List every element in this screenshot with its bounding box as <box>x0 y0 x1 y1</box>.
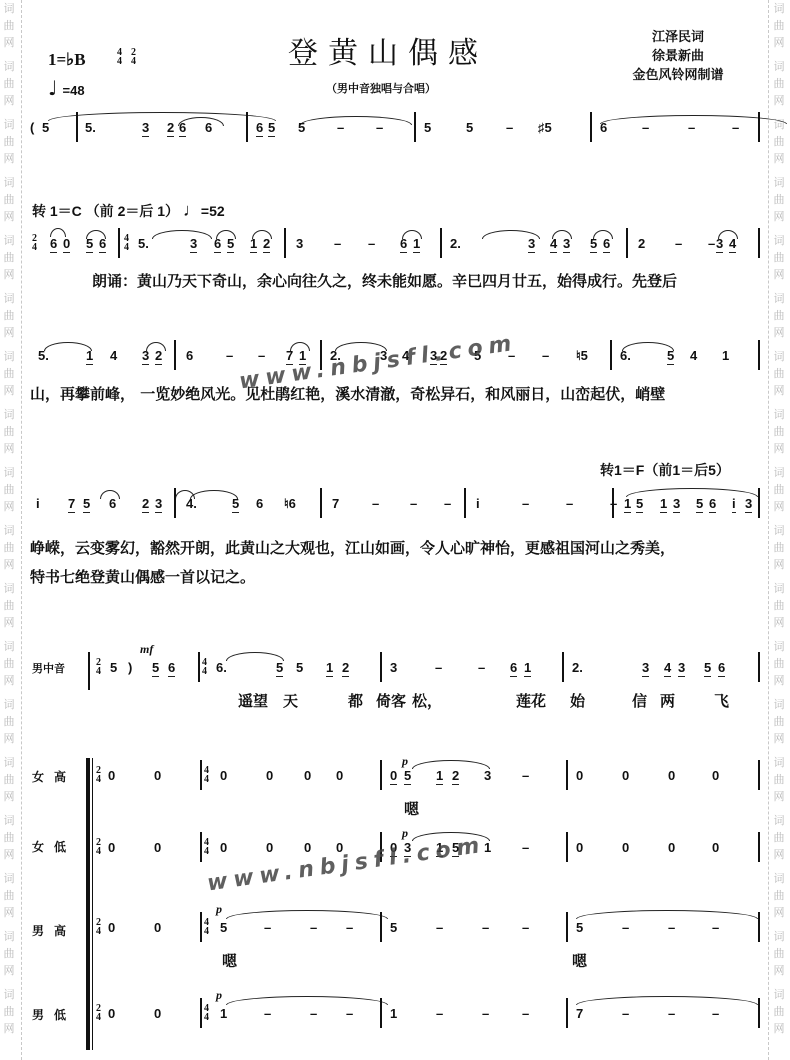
note: 6 <box>179 120 186 137</box>
barline <box>246 112 248 142</box>
time-signature-2-4: 24 <box>96 658 101 676</box>
side-watermark-char: 曲 <box>2 829 16 846</box>
note: – <box>522 840 529 855</box>
note: 2 <box>167 120 174 137</box>
side-watermark-group: 词曲网 <box>772 754 786 805</box>
side-watermark-char: 词 <box>772 174 786 191</box>
staff-baritone: 24 5 ) mf 5 6 44 6. 5 5 1 2 3 – – 6 1 2.… <box>90 652 760 682</box>
note: 0 <box>712 768 719 783</box>
barline <box>464 488 466 518</box>
note: 7 <box>68 496 75 513</box>
staff-soprano: 24 0 0 44 0 0 0 0 p 0 5 1 2 3 – 0 0 0 0 <box>96 760 760 790</box>
note: – <box>337 120 344 135</box>
note: 0 <box>576 768 583 783</box>
side-watermark-char: 网 <box>772 266 786 283</box>
side-watermark-char: 词 <box>2 638 16 655</box>
side-watermark-char: 曲 <box>2 945 16 962</box>
side-watermark-char: 网 <box>2 440 16 457</box>
note: 6 <box>256 120 263 137</box>
side-watermark-group: 词曲网 <box>2 290 16 341</box>
barline <box>758 652 760 682</box>
note: 6 <box>99 236 106 253</box>
slur <box>226 996 388 1005</box>
side-watermark-char: 词 <box>772 696 786 713</box>
side-watermark-group: 词曲网 <box>772 58 786 109</box>
side-watermark-char: 曲 <box>772 539 786 556</box>
side-watermark-char: 网 <box>772 324 786 341</box>
side-watermark-char: 曲 <box>2 249 16 266</box>
barline <box>758 228 760 258</box>
barline <box>758 112 760 142</box>
note: 1 <box>220 1006 227 1021</box>
barline <box>200 760 202 790</box>
barline <box>174 488 176 518</box>
side-watermark-char: 网 <box>772 730 786 747</box>
note: – <box>346 1006 353 1021</box>
note: 2 <box>155 348 162 365</box>
note: – <box>482 1006 489 1021</box>
note: ♯5 <box>538 120 552 135</box>
side-watermark-char: 网 <box>772 150 786 167</box>
note: – <box>708 236 715 251</box>
lyricist: 江泽民词 <box>615 28 741 47</box>
note: 0 <box>154 840 161 855</box>
note: 6 <box>256 496 263 511</box>
note: ( <box>30 120 34 135</box>
note: – <box>226 348 233 363</box>
note: 0 <box>63 236 70 253</box>
note: 0 <box>108 840 115 855</box>
barline <box>566 998 568 1028</box>
side-watermark-char: 网 <box>772 556 786 573</box>
side-watermark-char: 曲 <box>772 1003 786 1020</box>
note: 3 <box>142 120 149 137</box>
note: 3 <box>563 236 570 253</box>
note: 6 <box>50 236 57 253</box>
note: 6 <box>718 660 725 677</box>
quarter-note-icon: ♩ <box>183 200 201 220</box>
note: 1 <box>436 768 443 785</box>
note: 4 <box>729 236 736 253</box>
barline <box>380 652 382 682</box>
subtitle: （男中音独唱与合唱） <box>326 80 436 96</box>
barline <box>612 488 614 518</box>
barline <box>566 760 568 790</box>
note: – <box>675 236 682 251</box>
note: 0 <box>622 840 629 855</box>
note: 2 <box>638 236 645 251</box>
time-signature-2-4: 24 <box>131 48 136 66</box>
note: 1 <box>624 496 631 513</box>
note: 5 <box>590 236 597 253</box>
choir-bracket <box>86 758 90 1050</box>
note: – <box>522 768 529 783</box>
note: 5 <box>636 496 643 513</box>
side-watermark-char: 网 <box>772 382 786 399</box>
note: 3 <box>484 768 491 783</box>
side-watermark-group: 词曲网 <box>2 0 16 51</box>
note: 3 <box>745 496 752 513</box>
lyric: 遥望 <box>238 690 268 711</box>
credits: 江泽民词 徐景新曲 金色风铃网制谱 <box>615 28 741 85</box>
dynamic-p: p <box>402 826 408 841</box>
time-signature-4-4: 44 <box>117 48 122 66</box>
note: 5 <box>42 120 49 135</box>
staff-bass: 24 0 0 44 p 1 – – – 1 – – – 7 – – – <box>96 998 760 1028</box>
note: 0 <box>668 768 675 783</box>
note: – <box>522 496 529 511</box>
right-margin-line <box>768 0 769 1060</box>
lyric: 都 <box>348 690 363 711</box>
lyric: 始 <box>570 690 585 711</box>
time-signature-4-4: 44 <box>204 1004 209 1022</box>
side-watermark-char: 曲 <box>772 771 786 788</box>
note: 3 <box>642 660 649 677</box>
side-watermark-char: 网 <box>772 440 786 457</box>
side-watermark-char: 网 <box>2 150 16 167</box>
note: 0 <box>576 840 583 855</box>
barline <box>758 998 760 1028</box>
recitation-line-4: 特书七绝登黄山偶感一首以记之。 <box>30 566 255 587</box>
side-watermark-char: 词 <box>2 522 16 539</box>
note: 5 <box>152 660 159 677</box>
side-watermark-char: 网 <box>2 672 16 689</box>
note: 5 <box>220 920 227 935</box>
note: 4 <box>550 236 557 253</box>
note: ) <box>128 660 132 675</box>
side-watermark-group: 词曲网 <box>2 580 16 631</box>
note: 2. <box>572 660 583 675</box>
side-watermark-char: 词 <box>2 464 16 481</box>
note: 0 <box>108 920 115 935</box>
side-watermark-char: 曲 <box>2 423 16 440</box>
note: – <box>522 1006 529 1021</box>
side-watermark-char: 曲 <box>772 365 786 382</box>
key-signature: 1=♭B <box>48 50 86 70</box>
lyric: 两 <box>660 690 675 711</box>
side-watermark-char: 网 <box>2 614 16 631</box>
side-watermark-char: 曲 <box>2 887 16 904</box>
note: – <box>346 920 353 935</box>
slur <box>626 488 758 497</box>
note: 5 <box>296 660 303 675</box>
side-watermark-group: 词曲网 <box>2 522 16 573</box>
note: 0 <box>336 768 343 783</box>
note: 3 <box>142 348 149 365</box>
barline <box>566 832 568 862</box>
time-signature-2-4: 24 <box>96 1004 101 1022</box>
note: – <box>732 120 739 135</box>
lyric: 飞 <box>714 690 729 711</box>
page-title: 登黄山偶感 <box>288 28 488 72</box>
side-watermark-char: 网 <box>2 788 16 805</box>
side-watermark-char: 曲 <box>2 307 16 324</box>
quarter-note-icon: ♩ <box>48 76 57 100</box>
dynamic-p: p <box>402 754 408 769</box>
side-watermark-group: 词曲网 <box>772 696 786 747</box>
note: 6 <box>109 496 116 511</box>
note: 0 <box>220 840 227 855</box>
recitation-line-2: 山，再攀前峰， 一览妙绝风光。见杜鹃红艳，溪水清澈，奇松异石，和风丽日，山峦起伏… <box>30 383 665 404</box>
note: – <box>334 236 341 251</box>
note: 5 <box>83 496 90 513</box>
note: 1 <box>250 236 257 253</box>
side-watermark-right: 词曲网词曲网词曲网词曲网词曲网词曲网词曲网词曲网词曲网词曲网词曲网词曲网词曲网词… <box>772 0 786 1060</box>
time-signature-2-4: 24 <box>96 766 101 784</box>
note: 0 <box>154 920 161 935</box>
side-watermark-char: 曲 <box>2 133 16 150</box>
side-watermark-char: 曲 <box>2 539 16 556</box>
staff-tenor: 24 0 0 44 p 5 – – – 5 – – – 5 – – – <box>96 912 760 942</box>
side-watermark-char: 网 <box>772 1020 786 1037</box>
note: 1 <box>722 348 729 363</box>
note: 5 <box>404 768 411 785</box>
side-watermark-char: 网 <box>2 962 16 979</box>
composer: 徐景新曲 <box>615 47 741 66</box>
note: 6 <box>510 660 517 677</box>
note: 3 <box>296 236 303 251</box>
slur <box>226 910 388 919</box>
side-watermark-group: 词曲网 <box>772 464 786 515</box>
side-watermark-char: 曲 <box>772 655 786 672</box>
side-watermark-char: 网 <box>2 498 16 515</box>
barline <box>590 112 592 142</box>
side-watermark-char: 词 <box>772 522 786 539</box>
side-watermark-char: 网 <box>772 614 786 631</box>
side-watermark-char: 词 <box>2 812 16 829</box>
side-watermark-char: 词 <box>772 0 786 17</box>
note: 3 <box>190 236 197 253</box>
note: 6 <box>709 496 716 513</box>
note: – <box>435 660 442 675</box>
side-watermark-char: 词 <box>2 406 16 423</box>
note: – <box>506 120 513 135</box>
note: – <box>566 496 573 511</box>
note: 5 <box>390 920 397 935</box>
side-watermark-char: 词 <box>772 638 786 655</box>
side-watermark-group: 词曲网 <box>2 928 16 979</box>
side-watermark-group: 词曲网 <box>772 348 786 399</box>
note: – <box>642 120 649 135</box>
modulation-marking-1: 转 1＝C （前 2＝后 1） ♩=52 <box>32 200 225 221</box>
staff-row-1: ( 5 5. 3 2 6 6 6 5 5 – – 5 5 – ♯5 6 – – … <box>30 112 760 142</box>
note: 5 <box>227 236 234 253</box>
barline <box>76 112 78 142</box>
note: – <box>622 920 629 935</box>
side-watermark-char: 网 <box>2 208 16 225</box>
side-watermark-char: 词 <box>772 348 786 365</box>
slur <box>48 112 276 121</box>
note: 4. <box>186 496 197 511</box>
side-watermark-group: 词曲网 <box>772 638 786 689</box>
side-watermark-char: 网 <box>2 846 16 863</box>
slur <box>152 230 212 239</box>
barline <box>200 832 202 862</box>
time-signature-4-4: 44 <box>202 658 207 676</box>
note: 0 <box>266 768 273 783</box>
note: 5 <box>704 660 711 677</box>
side-watermark-char: 词 <box>772 406 786 423</box>
note: 5. <box>138 236 149 251</box>
note: 5 <box>466 120 473 135</box>
side-watermark-group: 词曲网 <box>2 348 16 399</box>
barline <box>284 228 286 258</box>
barline <box>758 912 760 942</box>
time-signature-2-4: 24 <box>32 234 37 252</box>
note: 0 <box>108 768 115 783</box>
note: 5 <box>696 496 703 513</box>
side-watermark-char: 曲 <box>772 481 786 498</box>
barline <box>118 228 120 258</box>
part-label-alto: 女低 <box>32 838 76 855</box>
note: ♮6 <box>284 496 296 512</box>
note: 1 <box>86 348 93 365</box>
lyric: 嗯 <box>572 950 587 971</box>
side-watermark-char: 曲 <box>2 597 16 614</box>
barline <box>174 340 176 370</box>
side-watermark-char: 曲 <box>2 481 16 498</box>
lyric: 倚客 <box>376 690 406 711</box>
side-watermark-char: 词 <box>2 116 16 133</box>
note: – <box>688 120 695 135</box>
time-signature-4-4: 44 <box>124 234 129 252</box>
side-watermark-char: 网 <box>2 92 16 109</box>
side-watermark-char: 词 <box>772 58 786 75</box>
side-watermark-group: 词曲网 <box>2 232 16 283</box>
side-watermark-group: 词曲网 <box>2 754 16 805</box>
note: 1 <box>524 660 531 677</box>
side-watermark-char: 曲 <box>2 191 16 208</box>
note: 5 <box>86 236 93 253</box>
part-label-baritone: 男中音 <box>32 660 65 676</box>
side-watermark-char: 曲 <box>2 713 16 730</box>
side-watermark-char: 词 <box>2 0 16 17</box>
lyric: 嗯 <box>404 798 419 819</box>
barline <box>758 340 760 370</box>
tempo-marking: ♩ =48 <box>48 76 85 100</box>
side-watermark-group: 词曲网 <box>772 174 786 225</box>
time-signature-4-4: 44 <box>204 838 209 856</box>
side-watermark-char: 网 <box>772 672 786 689</box>
side-watermark-char: 曲 <box>2 17 16 34</box>
side-watermark-char: 词 <box>772 754 786 771</box>
side-watermark-char: 曲 <box>772 597 786 614</box>
modulation-text: 转 1＝C （前 2＝后 1） <box>32 203 179 219</box>
note: i <box>476 496 480 511</box>
note: – <box>264 920 271 935</box>
barline <box>320 488 322 518</box>
barline <box>566 912 568 942</box>
side-watermark-group: 词曲网 <box>772 232 786 283</box>
note: – <box>368 236 375 251</box>
barline <box>758 488 760 518</box>
side-watermark-group: 词曲网 <box>772 522 786 573</box>
side-watermark-char: 网 <box>2 730 16 747</box>
slur <box>576 910 758 919</box>
side-watermark-group: 词曲网 <box>772 406 786 457</box>
staff-row-2: 24 6 0 5 6 44 5. 3 6 5 1 2 3 – – 6 1 2. … <box>30 228 760 258</box>
side-watermark-char: 词 <box>772 870 786 887</box>
note: 0 <box>266 840 273 855</box>
side-watermark-char: 网 <box>772 904 786 921</box>
note: – <box>258 348 265 363</box>
note: – <box>436 920 443 935</box>
side-watermark-char: 曲 <box>2 1003 16 1020</box>
barline <box>626 228 628 258</box>
side-watermark-char: 网 <box>772 846 786 863</box>
side-watermark-char: 词 <box>2 174 16 191</box>
note: 5 <box>110 660 117 675</box>
side-watermark-char: 曲 <box>772 829 786 846</box>
note: – <box>436 1006 443 1021</box>
note: 6 <box>205 120 212 135</box>
barline <box>414 112 416 142</box>
note: – <box>444 496 451 511</box>
side-watermark-char: 词 <box>2 290 16 307</box>
note: ♮5 <box>576 348 588 364</box>
note: – <box>712 1006 719 1021</box>
note: 3 <box>673 496 680 513</box>
side-watermark-group: 词曲网 <box>2 174 16 225</box>
note: 3 <box>716 236 723 253</box>
side-watermark-char: 曲 <box>772 75 786 92</box>
note: 5. <box>85 120 96 135</box>
note: 2 <box>142 496 149 513</box>
side-watermark-char: 词 <box>772 290 786 307</box>
note: 6 <box>603 236 610 253</box>
note: – <box>310 1006 317 1021</box>
barline <box>610 340 612 370</box>
lyric: 莲花 <box>516 690 546 711</box>
note: 6 <box>214 236 221 253</box>
note: – <box>622 1006 629 1021</box>
staff-row-4: i 7 5 6 2 3 4. 5 6 ♮6 7 – – – i – – – 1 … <box>30 488 760 518</box>
note: 3 <box>678 660 685 677</box>
side-watermark-char: 曲 <box>772 133 786 150</box>
note: 2 <box>263 236 270 253</box>
side-watermark-char: 词 <box>2 58 16 75</box>
dynamic-mf: mf <box>140 642 153 657</box>
note: 4 <box>110 348 117 363</box>
note: 0 <box>108 1006 115 1021</box>
side-watermark-group: 词曲网 <box>772 870 786 921</box>
side-watermark-char: 网 <box>772 962 786 979</box>
note: 4 <box>690 348 697 363</box>
engraver: 金色风铃网制谱 <box>615 66 741 85</box>
time-signature-4-4: 44 <box>204 766 209 784</box>
note: 6 <box>600 120 607 135</box>
lyric: 松， <box>412 690 442 711</box>
side-watermark-char: 网 <box>2 324 16 341</box>
side-watermark-group: 词曲网 <box>2 812 16 863</box>
note: 5 <box>576 920 583 935</box>
note: i <box>36 496 40 511</box>
part-label-soprano: 女高 <box>32 768 76 785</box>
note: 2. <box>450 236 461 251</box>
barline <box>440 228 442 258</box>
note: – <box>310 920 317 935</box>
note: 5 <box>298 120 305 135</box>
side-watermark-char: 网 <box>772 34 786 51</box>
side-watermark-char: 网 <box>772 788 786 805</box>
barline <box>758 832 760 862</box>
side-watermark-char: 曲 <box>772 887 786 904</box>
time-signature-4-4: 44 <box>204 918 209 936</box>
part-label-bass: 男低 <box>32 1006 76 1023</box>
side-watermark-group: 词曲网 <box>2 986 16 1037</box>
side-watermark-group: 词曲网 <box>772 986 786 1037</box>
note: 0 <box>622 768 629 783</box>
